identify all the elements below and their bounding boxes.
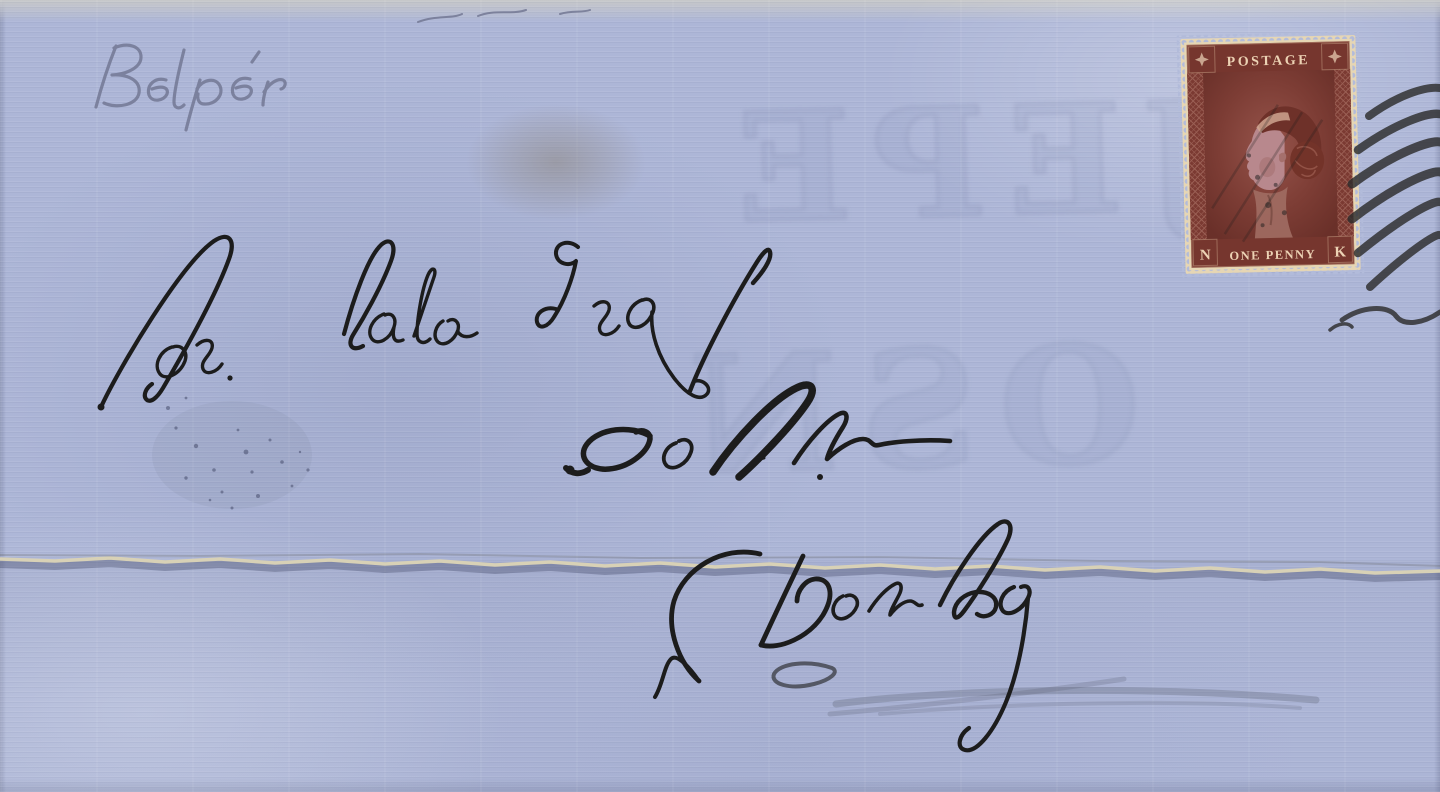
- stamp-postage-text: POSTAGE: [1227, 53, 1311, 70]
- pencil-annotation-drawing: [96, 45, 285, 130]
- pencil-scribbles-top: [418, 10, 590, 22]
- paper-stains: [152, 104, 646, 509]
- address-line3-drawing: [655, 521, 1030, 750]
- address-line2-drawing: [566, 385, 951, 480]
- ink-smudge: [830, 679, 1316, 714]
- stamp-one-penny-text: ONE PENNY: [1229, 247, 1316, 263]
- postage-stamp: POSTAGE N K ONE PENNY: [1177, 31, 1365, 277]
- stamp-corner-letter-right: K: [1334, 244, 1346, 260]
- envelope-scan: JEPE OSN Belper Jos. Sale Esq Solr Derby: [0, 0, 1440, 792]
- stamp-corner-letter-left: N: [1200, 247, 1211, 263]
- address-line1-drawing: [98, 237, 771, 411]
- scan-artwork: POSTAGE N K ONE PENNY: [0, 0, 1440, 792]
